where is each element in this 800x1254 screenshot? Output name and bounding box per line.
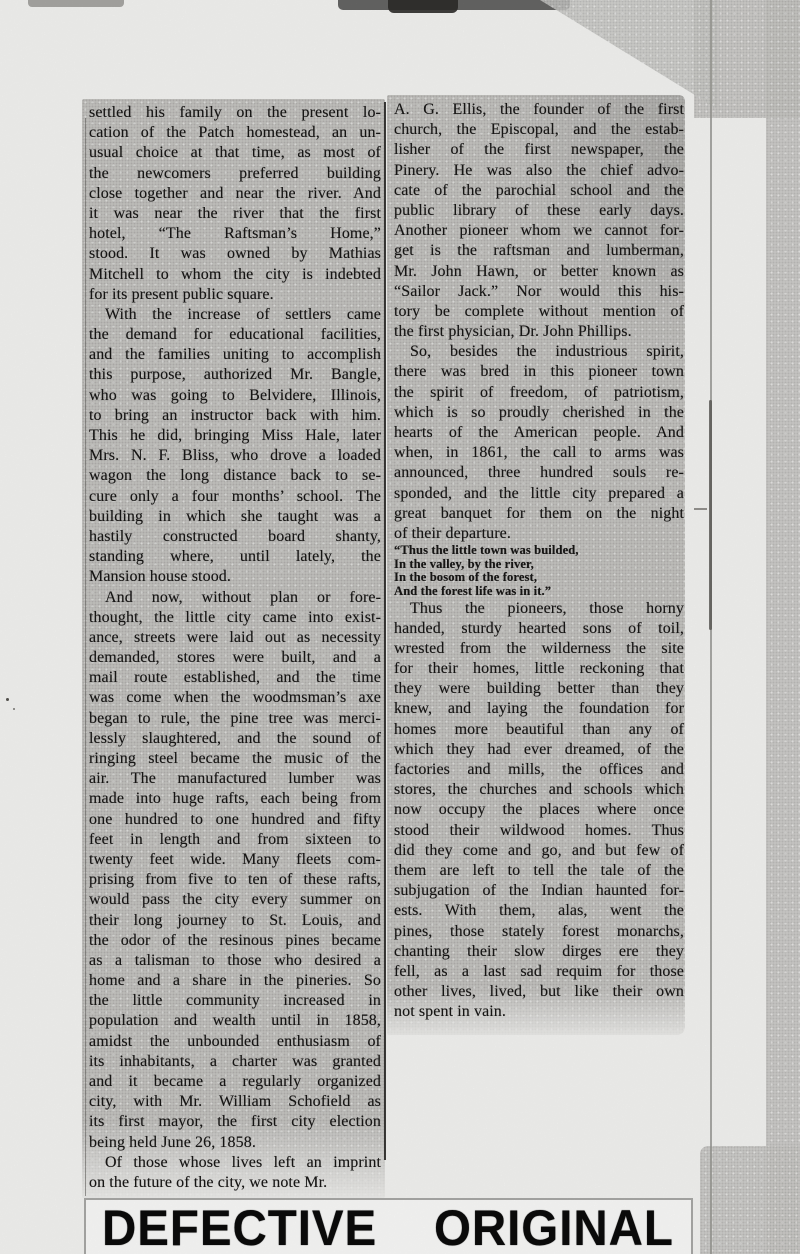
text-line: wrested from the wilderness the site: [394, 639, 684, 659]
text-line: the little community increased in: [89, 991, 381, 1011]
text-line: fell, as a last sad requim for those: [394, 962, 684, 982]
text-line: their long journey to St. Louis, and: [89, 911, 381, 931]
text-line: mail route established, and the time: [89, 668, 381, 688]
text-line: Of those whose lives left an imprint: [89, 1153, 381, 1173]
text-line: air. The manufactured lumber was: [89, 769, 381, 789]
scan-smudge: [28, 0, 124, 7]
text-line: hearts of the American people. And: [394, 423, 684, 443]
text-line: demanded, stores were built, and a: [89, 648, 381, 668]
text-line: “Thus the little town was builded,: [394, 544, 684, 558]
text-line: wagon the long distance back to se-: [89, 466, 381, 486]
text-line: on the future of the city, we note Mr.: [89, 1173, 381, 1193]
text-line: did they come and go, and but few of: [394, 841, 684, 861]
text-line: And the forest life was in it.”: [394, 585, 684, 599]
stamp-word: DEFECTIVE: [102, 1199, 377, 1254]
text-line: pines, those stately forest monarchs,: [394, 922, 684, 942]
scan-speck: [13, 708, 15, 710]
text-line: amidst the unbounded enthusiasm of: [89, 1032, 381, 1052]
text-line: other lives, lived, but like their own: [394, 982, 684, 1002]
text-line: its first mayor, the first city election: [89, 1112, 381, 1132]
text-line: this purpose, authorized Mr. Bangle,: [89, 365, 381, 385]
text-line: home and a share in the pineries. So: [89, 971, 381, 991]
text-line: get is the raftsman and lumberman,: [394, 241, 684, 261]
text-line: it was near the river that the first: [89, 204, 381, 224]
text-line: made into huge rafts, each being from: [89, 789, 381, 809]
text-line: settled his family on the present lo-: [89, 103, 381, 123]
text-line: And now, without plan or fore-: [89, 588, 381, 608]
text-line: city, with Mr. William Schofield as: [89, 1092, 381, 1112]
text-line: So, besides the industrious spirit,: [394, 342, 684, 362]
defective-original-stamp: DEFECTIVE ORIGINAL: [84, 1198, 693, 1254]
text-line: stood their wildwood homes. Thus: [394, 821, 684, 841]
text-line: usual choice at that time, as most of: [89, 143, 381, 163]
text-line: ringing steel became the music of the: [89, 749, 381, 769]
scan-speck: [694, 508, 707, 510]
scan-noise-region: [700, 1146, 800, 1254]
text-line: cation of the Patch homestead, an un-: [89, 123, 381, 143]
text-line: building in which she taught was a: [89, 507, 381, 527]
text-line: chanting their slow dirges ere they: [394, 942, 684, 962]
text-line: standing where, until lately, the: [89, 547, 381, 567]
scan-noise-wedge: [540, 0, 716, 108]
text-line: homes more beautiful than any of: [394, 720, 684, 740]
text-line: church, the Episcopal, and the estab-: [394, 120, 684, 140]
clipping-edge-line: [85, 118, 86, 1196]
text-line: announced, three hundred souls re-: [394, 463, 684, 483]
text-line: the newcomers preferred building: [89, 164, 381, 184]
text-line: lessly slaughtered, and the sound of: [89, 729, 381, 749]
scanned-page: settled his family on the present lo-cat…: [0, 0, 800, 1254]
text-line: hotel, “The Raftsman’s Home,”: [89, 224, 381, 244]
text-line: In the valley, by the river,: [394, 558, 684, 572]
scan-smudge: [388, 0, 458, 13]
stamp-word: ORIGINAL: [434, 1199, 674, 1254]
right-column-text: A. G. Ellis, the founder of the firstchu…: [394, 100, 684, 1022]
text-line: Pinery. He was also the chief advo-: [394, 161, 684, 181]
text-line: and the families uniting to accomplish: [89, 345, 381, 365]
text-line: the first physician, Dr. John Phillips.: [394, 322, 684, 342]
text-line: to bring an instructor back with him.: [89, 406, 381, 426]
text-line: handed, sturdy hearted sons of toil,: [394, 619, 684, 639]
text-line: feet in length and from sixteen to: [89, 830, 381, 850]
text-line: would pass the city every summer on: [89, 890, 381, 910]
text-line: for their homes, little reckoning that: [394, 659, 684, 679]
text-line: “Sailor Jack.” Nor would this his-: [394, 282, 684, 302]
text-line: its inhabitants, a charter was granted: [89, 1052, 381, 1072]
text-line: lisher of the first newspaper, the: [394, 140, 684, 160]
text-line: the demand for educational facilities,: [89, 325, 381, 345]
text-line: there was bred in this pioneer town: [394, 362, 684, 382]
column-divider-rule: [384, 102, 386, 1160]
text-line: Thus the pioneers, those horny: [394, 599, 684, 619]
text-line: close together and near the river. And: [89, 184, 381, 204]
text-line: who was going to Belvidere, Illinois,: [89, 386, 381, 406]
text-line: when, in 1861, the call to arms was: [394, 443, 684, 463]
text-line: prising from five to ten of these rafts,: [89, 870, 381, 890]
text-line: they were building better than they: [394, 679, 684, 699]
text-line: A. G. Ellis, the founder of the first: [394, 100, 684, 120]
text-line: thought, the little city came into exist…: [89, 608, 381, 628]
text-line: public library of these early days.: [394, 201, 684, 221]
text-line: cate of the parochial school and the: [394, 181, 684, 201]
scan-noise-band: [766, 0, 800, 1254]
text-line: which is so proudly cherished in the: [394, 403, 684, 423]
text-line: was come when the woodmsman’s axe: [89, 688, 381, 708]
text-line: being held June 26, 1858.: [89, 1133, 381, 1153]
text-line: sponded, and the little city prepared a: [394, 484, 684, 504]
text-line: stood. It was owned by Mathias: [89, 244, 381, 264]
text-line: knew, and laying the foundation for: [394, 699, 684, 719]
text-line: Mr. John Hawn, or better known as: [394, 262, 684, 282]
text-line: With the increase of settlers came: [89, 305, 381, 325]
text-line: tory be complete without mention of: [394, 302, 684, 322]
text-line: for its present public square.: [89, 285, 381, 305]
text-line: as a talisman to those who desired a: [89, 951, 381, 971]
text-line: one hundred to one hundred and fifty: [89, 810, 381, 830]
text-line: and it became a regularly organized: [89, 1072, 381, 1092]
text-line: them are left to tell the tale of the: [394, 861, 684, 881]
text-line: In the bosom of the forest,: [394, 571, 684, 585]
text-line: hastily constructed board shanty,: [89, 527, 381, 547]
text-line: subjugation of the Indian haunted for-: [394, 881, 684, 901]
text-line: not spent in vain.: [394, 1002, 684, 1022]
text-line: which they had ever dreamed, of the: [394, 740, 684, 760]
text-line: Mrs. N. F. Bliss, who drove a loaded: [89, 446, 381, 466]
text-line: cure only a four months’ school. The: [89, 487, 381, 507]
scan-scratch-line: [709, 400, 712, 630]
text-line: Another pioneer whom we cannot for-: [394, 221, 684, 241]
text-line: stores, the churches and schools which: [394, 780, 684, 800]
text-line: of their departure.: [394, 524, 684, 544]
text-line: population and wealth until in 1858,: [89, 1011, 381, 1031]
text-line: began to rule, the pine tree was merci-: [89, 709, 381, 729]
text-line: great banquet for them on the night: [394, 504, 684, 524]
text-line: twenty feet wide. Many fleets com-: [89, 850, 381, 870]
text-line: the spirit of freedom, of patriotism,: [394, 383, 684, 403]
text-line: factories and mills, the offices and: [394, 760, 684, 780]
left-column-text: settled his family on the present lo-cat…: [89, 103, 381, 1193]
text-line: now occupy the places where once: [394, 800, 684, 820]
text-line: Mansion house stood.: [89, 567, 381, 587]
text-line: ance, streets were laid out as necessity: [89, 628, 381, 648]
scan-speck: [6, 698, 9, 701]
text-line: This he did, bringing Miss Hale, later: [89, 426, 381, 446]
text-line: the odor of the resinous pines became: [89, 931, 381, 951]
text-line: ests. With them, alas, went the: [394, 901, 684, 921]
text-line: Mitchell to whom the city is indebted: [89, 265, 381, 285]
